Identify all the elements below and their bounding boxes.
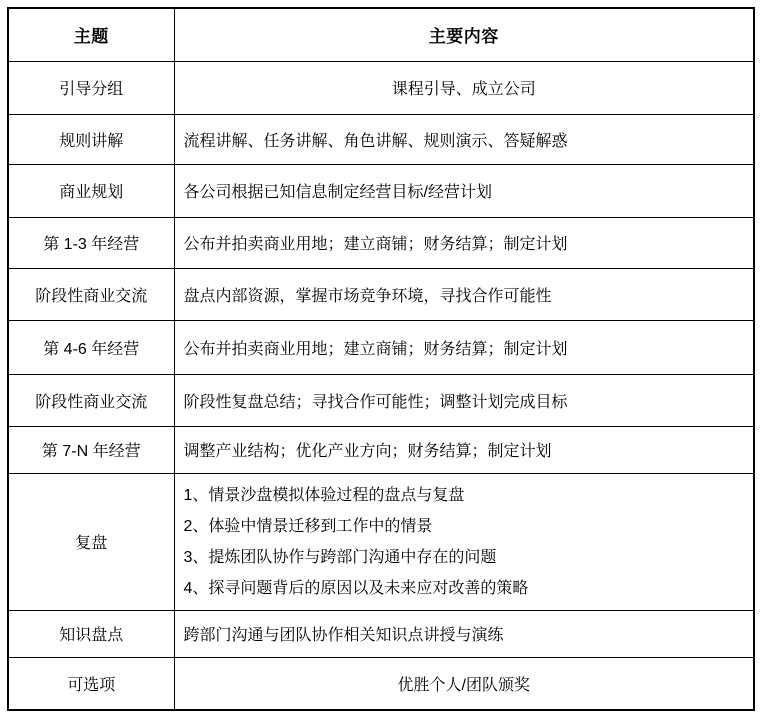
table-row: 可选项 优胜个人/团队颁奖 bbox=[8, 657, 754, 710]
content-cell: 盘点内部资源，掌握市场竞争环境，寻找合作可能性 bbox=[174, 268, 754, 320]
topic-cell: 可选项 bbox=[8, 657, 174, 710]
content-cell: 1、情景沙盘模拟体验过程的盘点与复盘 2、体验中情景迁移到工作中的情景 3、提炼… bbox=[174, 473, 754, 610]
topic-cell: 第 7-N 年经营 bbox=[8, 426, 174, 473]
table-row: 第 4-6 年经营 公布并拍卖商业用地；建立商铺；财务结算；制定计划 bbox=[8, 320, 754, 374]
list-line: 4、探寻问题背后的原因以及未来应对改善的策略 bbox=[184, 573, 746, 604]
topic-cell: 引导分组 bbox=[8, 61, 174, 114]
table-row: 第 7-N 年经营 调整产业结构；优化产业方向；财务结算；制定计划 bbox=[8, 426, 754, 473]
topic-column-header: 主题 bbox=[8, 8, 174, 61]
content-cell: 公布并拍卖商业用地；建立商铺；财务结算；制定计划 bbox=[174, 320, 754, 374]
topic-cell: 知识盘点 bbox=[8, 610, 174, 657]
content-cell: 公布并拍卖商业用地；建立商铺；财务结算；制定计划 bbox=[174, 217, 754, 268]
topic-cell: 第 4-6 年经营 bbox=[8, 320, 174, 374]
table-row: 阶段性商业交流 阶段性复盘总结；寻找合作可能性；调整计划完成目标 bbox=[8, 374, 754, 426]
table-row: 阶段性商业交流 盘点内部资源，掌握市场竞争环境，寻找合作可能性 bbox=[8, 268, 754, 320]
topic-cell: 阶段性商业交流 bbox=[8, 374, 174, 426]
table-row: 商业规划 各公司根据已知信息制定经营目标/经营计划 bbox=[8, 164, 754, 217]
content-cell: 调整产业结构；优化产业方向；财务结算；制定计划 bbox=[174, 426, 754, 473]
list-line: 1、情景沙盘模拟体验过程的盘点与复盘 bbox=[184, 480, 746, 511]
topic-cell: 商业规划 bbox=[8, 164, 174, 217]
course-agenda-table: 主题 主要内容 引导分组 课程引导、成立公司 规则讲解 流程讲解、任务讲解、角色… bbox=[7, 7, 755, 711]
table-row: 复盘 1、情景沙盘模拟体验过程的盘点与复盘 2、体验中情景迁移到工作中的情景 3… bbox=[8, 473, 754, 610]
list-line: 3、提炼团队协作与跨部门沟通中存在的问题 bbox=[184, 542, 746, 573]
topic-cell: 第 1-3 年经营 bbox=[8, 217, 174, 268]
content-cell: 优胜个人/团队颁奖 bbox=[174, 657, 754, 710]
content-cell: 流程讲解、任务讲解、角色讲解、规则演示、答疑解惑 bbox=[174, 114, 754, 164]
document-page: 主题 主要内容 引导分组 课程引导、成立公司 规则讲解 流程讲解、任务讲解、角色… bbox=[0, 0, 760, 720]
list-line: 2、体验中情景迁移到工作中的情景 bbox=[184, 511, 746, 542]
table-row: 规则讲解 流程讲解、任务讲解、角色讲解、规则演示、答疑解惑 bbox=[8, 114, 754, 164]
header-row: 主题 主要内容 bbox=[8, 8, 754, 61]
topic-cell: 规则讲解 bbox=[8, 114, 174, 164]
content-cell: 跨部门沟通与团队协作相关知识点讲授与演练 bbox=[174, 610, 754, 657]
table-row: 第 1-3 年经营 公布并拍卖商业用地；建立商铺；财务结算；制定计划 bbox=[8, 217, 754, 268]
content-cell: 阶段性复盘总结；寻找合作可能性；调整计划完成目标 bbox=[174, 374, 754, 426]
content-cell: 课程引导、成立公司 bbox=[174, 61, 754, 114]
topic-cell: 复盘 bbox=[8, 473, 174, 610]
table-row: 知识盘点 跨部门沟通与团队协作相关知识点讲授与演练 bbox=[8, 610, 754, 657]
table-row: 引导分组 课程引导、成立公司 bbox=[8, 61, 754, 114]
content-column-header: 主要内容 bbox=[174, 8, 754, 61]
topic-cell: 阶段性商业交流 bbox=[8, 268, 174, 320]
content-cell: 各公司根据已知信息制定经营目标/经营计划 bbox=[174, 164, 754, 217]
